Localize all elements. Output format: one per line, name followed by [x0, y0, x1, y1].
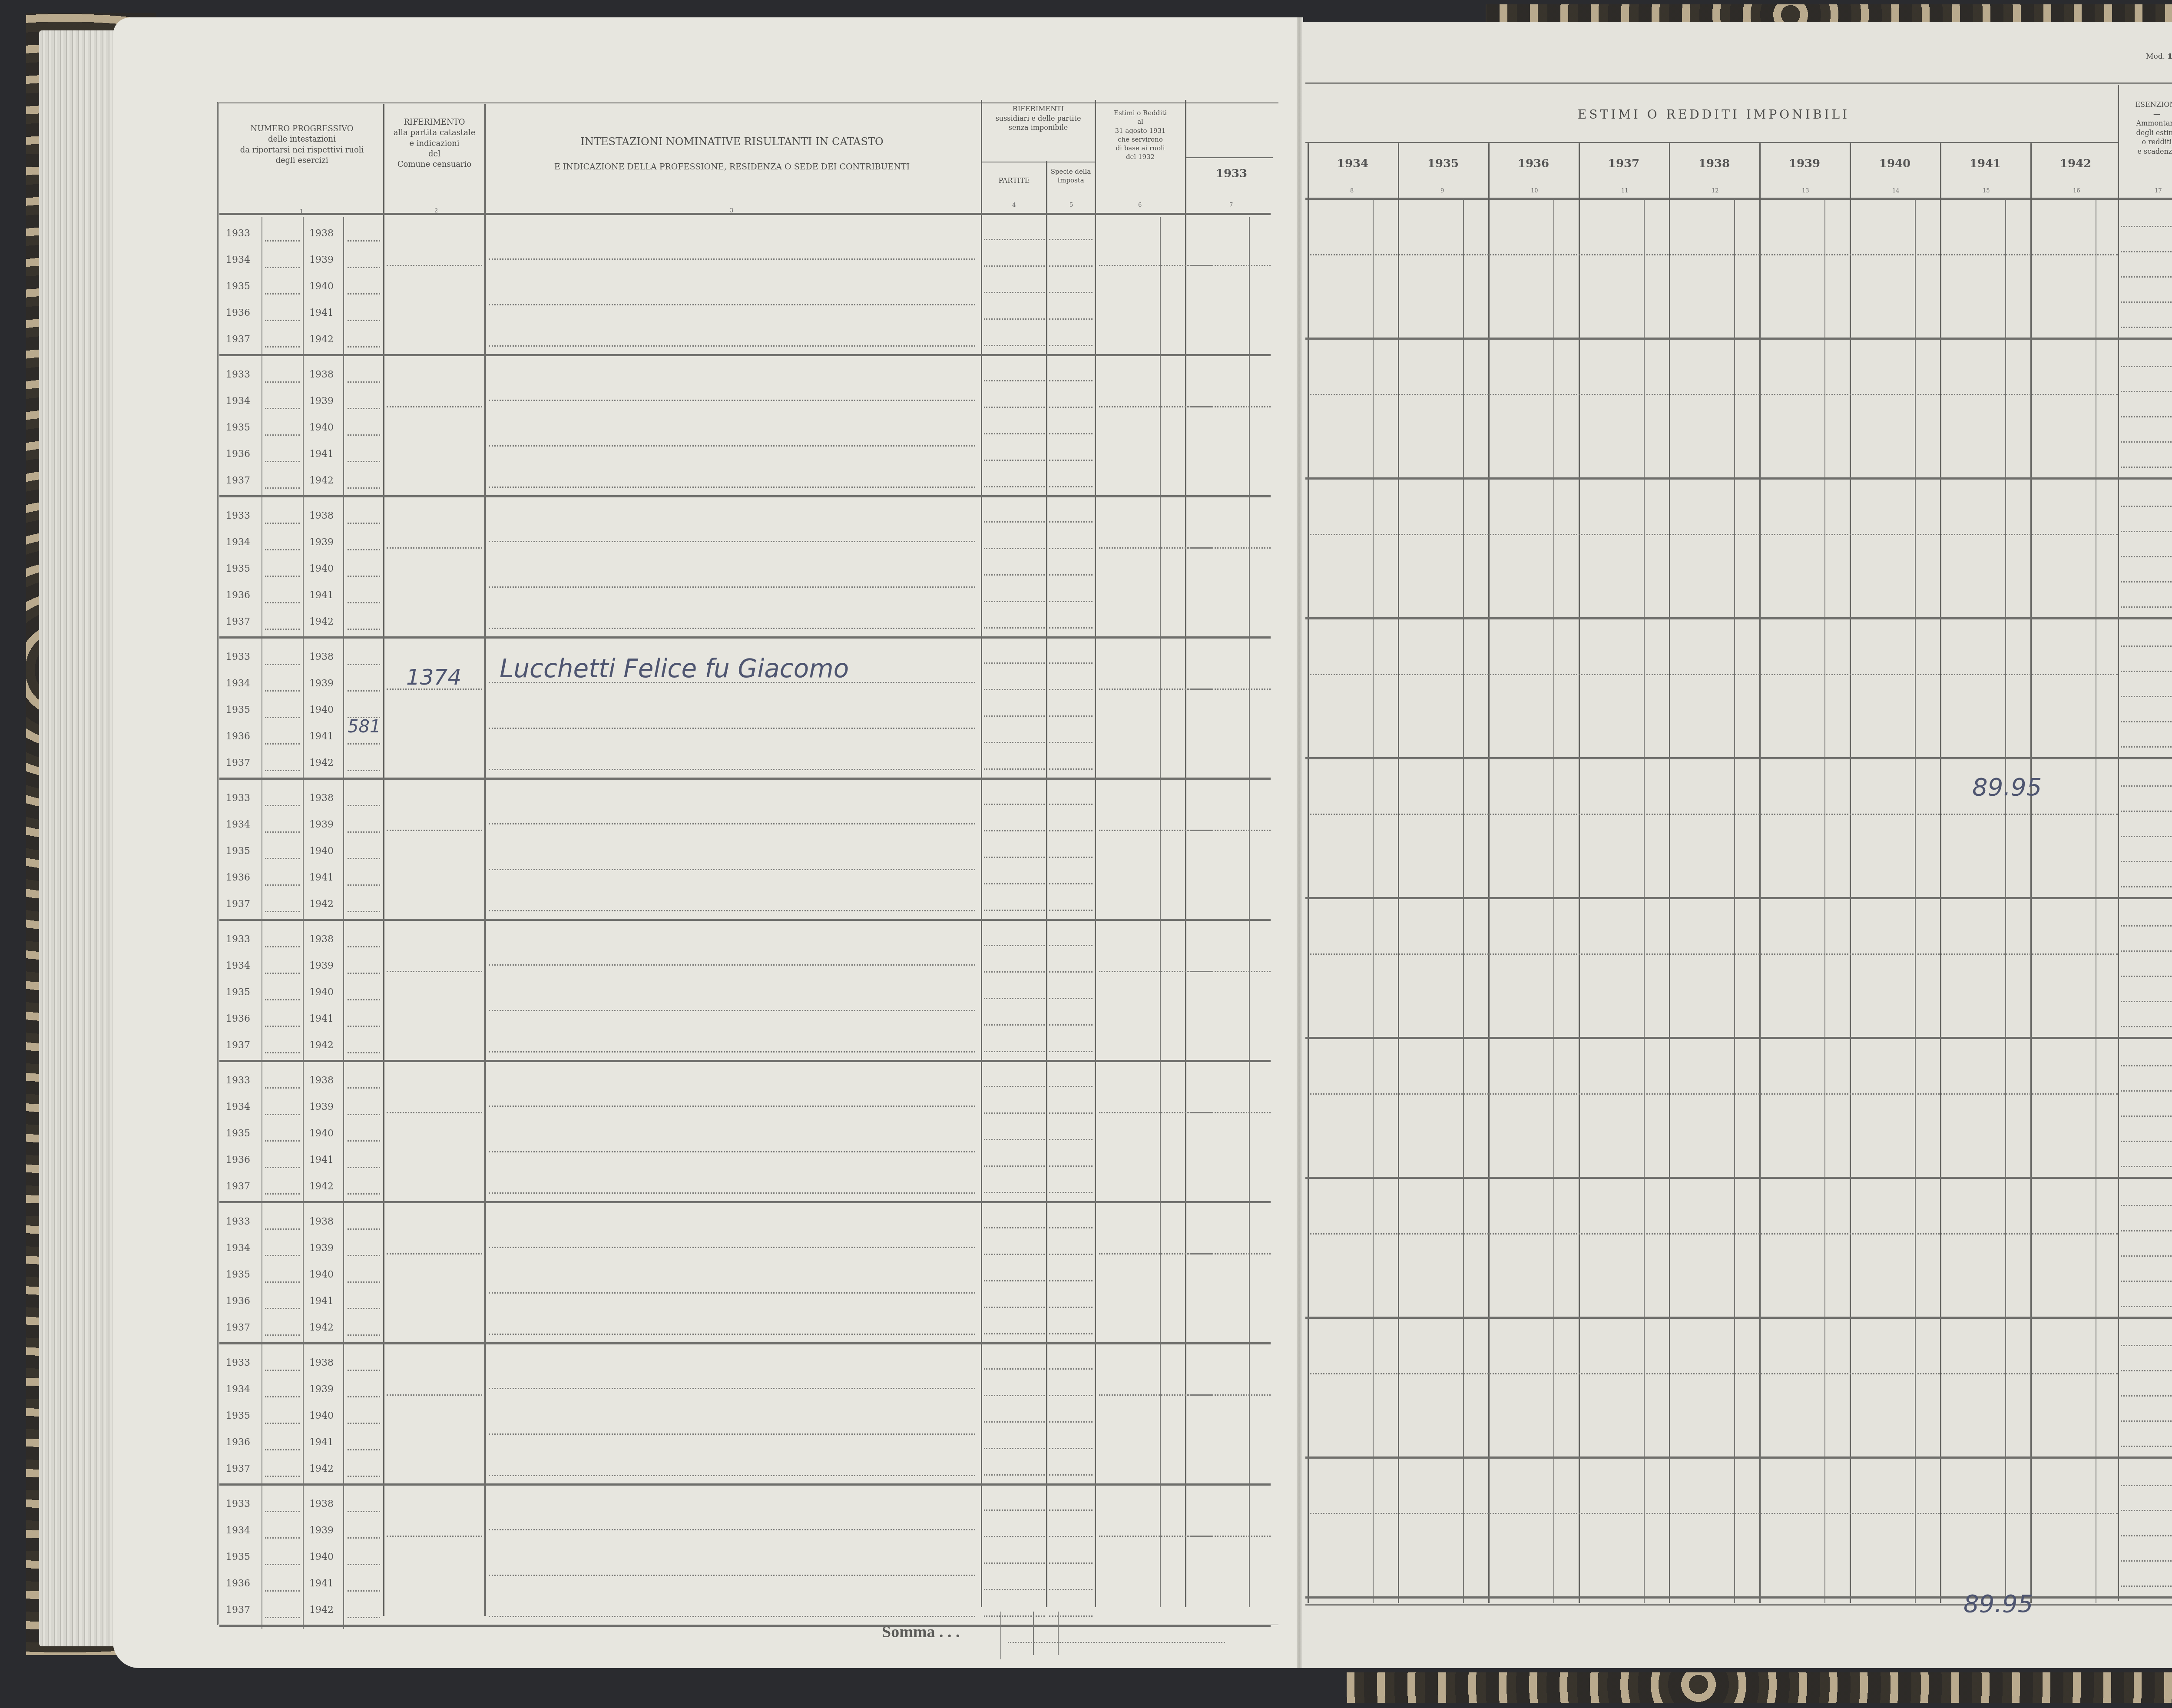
- col-number: 16: [2073, 188, 2080, 194]
- esenzioni-line: [2121, 950, 2172, 952]
- left-col7-rule: [1186, 157, 1273, 158]
- fill-in-line: [265, 805, 300, 806]
- fill-in-line: [265, 946, 300, 947]
- fill-in-line: [1049, 486, 1093, 487]
- year-label: 1935: [226, 1128, 250, 1139]
- year-label: 1937: [226, 1463, 250, 1474]
- esenzioni-line: [2121, 327, 2172, 328]
- header-year: 1934: [1308, 157, 1398, 170]
- fill-in-line: [1049, 407, 1093, 408]
- fill-in-line: [387, 265, 482, 266]
- esenzioni-line: [2121, 811, 2172, 812]
- fill-in-line: [1049, 1192, 1093, 1193]
- fill-in-line: [1049, 804, 1093, 805]
- year-label: 1942: [309, 899, 334, 910]
- fill-in-line: [348, 434, 380, 436]
- esenzioni-line: [2121, 1370, 2172, 1371]
- year-label: 1936: [226, 1155, 250, 1165]
- fill-in-line: [265, 717, 300, 718]
- header-riferimenti-sussidiari: RIFERIMENTI sussidiari e delle partite s…: [982, 104, 1095, 132]
- left-hdr-divider: [1046, 161, 1047, 1607]
- year-label: 1942: [309, 758, 334, 768]
- year-label: 1939: [309, 255, 334, 265]
- year-label: 1936: [226, 449, 250, 460]
- year-label: 1934: [226, 960, 250, 971]
- fill-in-line: [265, 1423, 300, 1424]
- year-label: 1936: [226, 872, 250, 883]
- right-hdr-bottom-rule: [1305, 198, 2172, 200]
- fill-in-line: [1049, 1562, 1093, 1564]
- block-divider: [1305, 477, 2172, 480]
- esenzioni-line: [2121, 1560, 2172, 1562]
- fill-in-line: [265, 1140, 300, 1142]
- fill-in-line: [1049, 1139, 1093, 1140]
- esenzioni-line: [2121, 1230, 2172, 1231]
- fill-in-line: [984, 1615, 1045, 1617]
- fill-in-line: [265, 1052, 300, 1053]
- fill-in-line: [1310, 814, 2118, 815]
- fill-in-line: [984, 1474, 1045, 1476]
- fill-in-line: [348, 1476, 380, 1477]
- fill-in-line: [984, 1165, 1045, 1167]
- year-label: 1937: [226, 1322, 250, 1333]
- fill-in-line: [265, 549, 300, 550]
- fill-in-line: [265, 1617, 300, 1618]
- year-label: 1938: [309, 652, 334, 662]
- fill-in-line: [984, 1421, 1045, 1423]
- block-divider: [219, 919, 1271, 921]
- year-label: 1933: [226, 793, 250, 804]
- fill-in-line: [348, 1617, 380, 1618]
- fill-in-line: [984, 548, 1045, 549]
- year-label: 1934: [226, 537, 250, 548]
- header-year: 1937: [1579, 157, 1669, 170]
- fill-in-line: [984, 380, 1045, 381]
- fill-in-line: [348, 1449, 380, 1450]
- year-label: 1942: [309, 1605, 334, 1615]
- year-label: 1937: [226, 475, 250, 486]
- fill-in-line: [1310, 674, 2118, 675]
- fill-in-line: [348, 805, 380, 806]
- fill-in-line: [489, 345, 975, 347]
- fill-in-line: [1049, 1589, 1093, 1590]
- year-label: 1942: [309, 1040, 334, 1051]
- fill-in-line: [348, 487, 380, 489]
- fill-in-line: [1310, 394, 2118, 395]
- year-label: 1937: [226, 616, 250, 627]
- fill-in-line: [1049, 1509, 1093, 1511]
- esenzioni-line: [2121, 226, 2172, 227]
- year-label: 1934: [226, 1384, 250, 1395]
- header-year: 1935: [1398, 157, 1488, 170]
- decimal-subdivider: [1463, 200, 1464, 1603]
- esenzioni-line: [2121, 301, 2172, 303]
- fill-in-line: [489, 541, 975, 542]
- fill-in-line: [984, 689, 1045, 690]
- year-label: 1938: [309, 934, 334, 945]
- year-column-divider: [1398, 143, 1399, 1603]
- year-label: 1939: [309, 678, 334, 689]
- decimal-subdivider: [2005, 200, 2006, 1603]
- year-label: 1935: [226, 1410, 250, 1421]
- fill-in-line: [348, 602, 380, 603]
- esenzioni-line: [2121, 1345, 2172, 1346]
- fill-in-line: [1049, 1333, 1093, 1334]
- fill-in-line: [984, 1086, 1045, 1087]
- esenzioni-line: [2121, 1395, 2172, 1397]
- fill-in-line: [984, 460, 1045, 461]
- year-label: 1935: [226, 1269, 250, 1280]
- fill-in-line: [1049, 521, 1093, 523]
- fill-in-line: [489, 304, 975, 305]
- year-label: 1935: [226, 422, 250, 433]
- fill-in-line: [348, 664, 380, 665]
- fill-in-line: [1188, 1536, 1271, 1537]
- year-label: 1933: [226, 510, 250, 521]
- block-divider: [219, 1483, 1271, 1486]
- fill-in-line: [489, 1433, 975, 1435]
- esenzioni-line: [2121, 721, 2172, 722]
- col-number-17: 17: [2155, 188, 2162, 194]
- fill-in-line: [984, 1395, 1045, 1396]
- fill-in-line: [1310, 1373, 2118, 1374]
- col-number: 12: [1712, 188, 1719, 194]
- fill-in-line: [348, 576, 380, 577]
- block-divider: [1305, 1317, 2172, 1319]
- header-intestazioni: INTESTAZIONI NOMINATIVE RISULTANTI IN CA…: [487, 135, 977, 173]
- year-column-divider: [2030, 143, 2032, 1603]
- fill-in-line: [489, 628, 975, 629]
- year-label: 1939: [309, 1102, 334, 1112]
- year-label: 1937: [226, 758, 250, 768]
- fill-in-line: [984, 1589, 1045, 1590]
- right-table-frame: [1305, 83, 2172, 1605]
- esenzioni-line: [2121, 1141, 2172, 1142]
- fill-in-line: [984, 407, 1045, 408]
- decimal-subdivider: [1553, 200, 1554, 1603]
- fill-in-line: [1049, 768, 1093, 770]
- right-esenzioni-divider: [2118, 85, 2119, 1601]
- year-label: 1933: [226, 652, 250, 662]
- esenzioni-line: [2121, 1090, 2172, 1092]
- fill-in-line: [265, 408, 300, 409]
- somma-divider: [1000, 1612, 1001, 1659]
- esenzioni-line: [2121, 1586, 2172, 1587]
- year-label: 1941: [309, 590, 334, 601]
- fill-in-line: [348, 629, 380, 630]
- fill-in-line: [387, 971, 482, 972]
- fill-in-line: [489, 1334, 975, 1335]
- fill-in-line: [1049, 1112, 1093, 1114]
- year-label: 1940: [309, 1269, 334, 1280]
- year-label: 1934: [226, 255, 250, 265]
- fill-in-line: [984, 883, 1045, 884]
- entry-value-1941: 89.95: [1972, 773, 2042, 801]
- year-label: 1939: [309, 1384, 334, 1395]
- fill-in-line: [265, 911, 300, 912]
- esenzioni-line: [2121, 645, 2172, 647]
- year-label: 1940: [309, 563, 334, 574]
- fill-in-line: [1188, 265, 1271, 266]
- year-label: 1934: [226, 678, 250, 689]
- fill-in-line: [1049, 1421, 1093, 1423]
- fill-in-line: [387, 1536, 482, 1537]
- fill-in-line: [984, 768, 1045, 770]
- fill-in-line: [1049, 1615, 1093, 1617]
- fill-in-line: [1188, 971, 1271, 972]
- esenzioni-line: [2121, 467, 2172, 468]
- year-label: 1936: [226, 731, 250, 742]
- esenzioni-line: [2121, 506, 2172, 507]
- block-divider: [219, 354, 1271, 356]
- fill-in-line: [1049, 601, 1093, 602]
- fill-in-line: [1049, 292, 1093, 293]
- esenzioni-line: [2121, 746, 2172, 748]
- left-hdr-divider: [383, 104, 384, 1616]
- fill-in-line: [265, 1449, 300, 1450]
- fill-in-line: [348, 1334, 380, 1336]
- header-estimi-1931: Estimi o Redditi al 31 agosto 1931 che s…: [1097, 109, 1184, 162]
- fill-in-line: [1049, 1474, 1093, 1476]
- year-column-divider: [1669, 143, 1670, 1603]
- fill-in-line: [1049, 1165, 1093, 1167]
- fill-in-line: [265, 267, 300, 268]
- year-label: 1933: [226, 1216, 250, 1227]
- header-year: 1939: [1759, 157, 1850, 170]
- entry-riferimento: 1374: [406, 665, 461, 690]
- year-label: 1934: [226, 819, 250, 830]
- year-label: 1941: [309, 731, 334, 742]
- left-hdr-divider: [1185, 100, 1186, 1607]
- book-spine: [1297, 17, 1302, 1668]
- fill-in-line: [265, 1476, 300, 1477]
- fill-in-line: [348, 1590, 380, 1592]
- year-label: 1942: [309, 1322, 334, 1333]
- year-label: 1935: [226, 705, 250, 715]
- year-label: 1940: [309, 1410, 334, 1421]
- block-divider: [1305, 338, 2172, 340]
- fill-in-line: [1049, 1395, 1093, 1396]
- fill-in-line: [265, 973, 300, 974]
- block-divider: [219, 495, 1271, 497]
- esenzioni-line: [2121, 976, 2172, 977]
- fill-in-line: [387, 1112, 482, 1113]
- block-divider: [1305, 757, 2172, 759]
- block-divider: [219, 778, 1271, 780]
- fill-in-line: [265, 320, 300, 321]
- header-specie-imposta: Specie della Imposta: [1047, 167, 1095, 185]
- esenzioni-line: [2121, 671, 2172, 672]
- fill-in-line: [1188, 1112, 1271, 1113]
- fill-in-line: [1188, 1394, 1271, 1396]
- fill-in-line: [1049, 1536, 1093, 1537]
- esenzioni-line: [2121, 1026, 2172, 1027]
- fill-in-line: [984, 910, 1045, 911]
- fill-in-line: [489, 400, 975, 401]
- fill-in-line: [348, 1396, 380, 1397]
- year-label: 1940: [309, 422, 334, 433]
- fill-in-line: [984, 1024, 1045, 1026]
- book-cover-bottom: [1347, 1672, 2172, 1703]
- fill-in-line: [1049, 574, 1093, 576]
- year-label: 1941: [309, 1296, 334, 1307]
- fill-in-line: [984, 318, 1045, 320]
- fill-in-line: [489, 1051, 975, 1053]
- fill-in-line: [265, 690, 300, 692]
- fill-in-line: [265, 434, 300, 436]
- year-label: 1936: [226, 1296, 250, 1307]
- fill-in-line: [1049, 715, 1093, 717]
- fill-in-line: [489, 728, 975, 729]
- fill-in-line: [489, 586, 975, 588]
- fill-in-line: [265, 293, 300, 295]
- form-code: Mod. 111 - Imposte Dirette (Intercalare)…: [2146, 52, 2172, 61]
- year-label: 1934: [226, 1243, 250, 1254]
- year-label: 1938: [309, 793, 334, 804]
- fill-in-line: [348, 346, 380, 348]
- decimal-subdivider: [1373, 200, 1374, 1603]
- year-label: 1940: [309, 705, 334, 715]
- block-divider: [1305, 897, 2172, 899]
- fill-in-line: [984, 662, 1045, 664]
- left-hdr-divider: [484, 104, 486, 1616]
- fill-in-line: [489, 869, 975, 870]
- esenzioni-line: [2121, 1510, 2172, 1511]
- fill-in-line: [387, 547, 482, 549]
- decimal-subdivider: [2096, 200, 2096, 1603]
- fill-in-line: [265, 576, 300, 577]
- fill-in-line: [387, 1394, 482, 1396]
- fill-in-line: [984, 715, 1045, 717]
- fill-in-line: [1049, 1254, 1093, 1255]
- fill-in-line: [489, 1247, 975, 1248]
- fill-in-line: [348, 1370, 380, 1371]
- fill-in-line: [265, 770, 300, 771]
- esenzioni-line: [2121, 581, 2172, 583]
- fill-in-line: [265, 664, 300, 665]
- fill-in-line: [984, 627, 1045, 629]
- header-year: 1936: [1488, 157, 1579, 170]
- fill-in-line: [984, 345, 1045, 346]
- year-label: 1934: [226, 396, 250, 407]
- year-label: 1938: [309, 1075, 334, 1086]
- year-label: 1937: [226, 1181, 250, 1192]
- fill-in-line: [489, 1192, 975, 1194]
- year-label: 1942: [309, 1463, 334, 1474]
- fill-in-line: [265, 1167, 300, 1168]
- fill-in-line: [984, 1139, 1045, 1140]
- fill-in-line: [265, 1255, 300, 1256]
- header-year: 1940: [1850, 157, 1940, 170]
- fill-in-line: [984, 1562, 1045, 1564]
- fill-in-line: [348, 743, 380, 745]
- fill-in-line: [265, 240, 300, 242]
- esenzioni-line: [2121, 531, 2172, 532]
- fill-in-line: [348, 999, 380, 1000]
- fill-in-line: [348, 549, 380, 550]
- year-label: 1939: [309, 396, 334, 407]
- fill-in-line: [984, 945, 1045, 946]
- esenzioni-line: [2121, 696, 2172, 697]
- right-group-rule: [1305, 142, 2118, 143]
- fill-in-line: [265, 1537, 300, 1539]
- fill-in-line: [489, 487, 975, 488]
- fill-in-line: [348, 973, 380, 974]
- block-divider: [1305, 1177, 2172, 1179]
- col-number: 13: [1802, 188, 1809, 194]
- esenzioni-line: [2121, 1115, 2172, 1117]
- esenzioni-line: [2121, 925, 2172, 927]
- fill-in-line: [984, 998, 1045, 999]
- year-column-divider: [1759, 143, 1761, 1603]
- fill-in-line: [348, 690, 380, 692]
- esenzioni-line: [2121, 785, 2172, 787]
- year-label: 1941: [309, 1155, 334, 1165]
- esenzioni-line: [2121, 556, 2172, 557]
- esenzioni-line: [2121, 391, 2172, 392]
- decimal-subdivider: [1734, 200, 1735, 1603]
- fill-in-line: [1310, 254, 2118, 255]
- fill-in-line: [348, 381, 380, 383]
- fill-in-line: [265, 831, 300, 833]
- year-column-divider: [1488, 143, 1490, 1603]
- year-label: 1937: [226, 1605, 250, 1615]
- fill-in-line: [387, 406, 482, 407]
- fill-in-line: [1049, 318, 1093, 320]
- fill-in-line: [348, 1114, 380, 1115]
- fill-in-line: [348, 1308, 380, 1309]
- fill-in-line: [1188, 688, 1271, 690]
- fill-in-line: [1049, 830, 1093, 831]
- year-label: 1936: [226, 590, 250, 601]
- col-number-5: 5: [1069, 202, 1073, 209]
- decimal-subdivider: [1644, 200, 1645, 1603]
- esenzioni-line: [2121, 1535, 2172, 1536]
- decimal-subdivider: [1824, 200, 1825, 1603]
- fill-in-line: [1188, 830, 1271, 831]
- fill-in-line: [348, 946, 380, 947]
- fill-in-line: [1310, 534, 2118, 535]
- year-column-divider: [1308, 143, 1309, 1603]
- fill-in-line: [1188, 1253, 1271, 1255]
- esenzioni-line: [2121, 276, 2172, 278]
- fill-in-line: [1049, 1280, 1093, 1281]
- fill-in-line: [265, 629, 300, 630]
- block-divider: [219, 1060, 1271, 1062]
- header-year: 1942: [2030, 157, 2121, 170]
- fill-in-line: [984, 1368, 1045, 1370]
- esenzioni-line: [2121, 251, 2172, 252]
- year-label: 1934: [226, 1525, 250, 1536]
- fill-in-line: [489, 964, 975, 966]
- fill-in-line: [1049, 433, 1093, 434]
- year-label: 1941: [309, 1578, 334, 1589]
- year-column-divider: [1850, 143, 1851, 1603]
- somma-divider: [1033, 1612, 1034, 1655]
- fill-in-line: [348, 1140, 380, 1142]
- fill-in-line: [265, 1114, 300, 1115]
- year-label: 1941: [309, 1013, 334, 1024]
- esenzioni-line: [2121, 836, 2172, 837]
- fill-in-line: [1310, 1093, 2118, 1095]
- header-year: 1938: [1669, 157, 1759, 170]
- fill-in-line: [265, 1590, 300, 1592]
- fill-in-line: [348, 911, 380, 912]
- fill-in-line: [984, 1051, 1045, 1052]
- fill-in-line: [265, 1308, 300, 1309]
- year-label: 1933: [226, 1499, 250, 1509]
- fill-in-line: [1049, 1307, 1093, 1308]
